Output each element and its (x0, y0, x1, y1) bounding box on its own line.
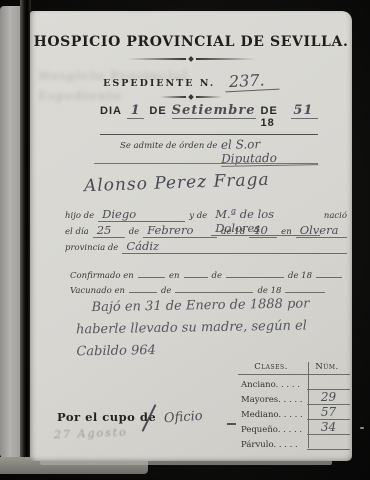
y-de-label: y de (189, 211, 207, 221)
birth-day-handwritten: 25 (93, 223, 125, 238)
birthplace-handwritten: Olvera (296, 223, 347, 238)
de18-label: DE 18 (261, 105, 287, 129)
province-line: provincia de Cádiz (65, 239, 347, 255)
confirmado-line: Confirmado en en de de 18 (70, 268, 342, 283)
divider-ornament (160, 95, 222, 99)
num-header: Núm. (304, 362, 350, 372)
expediente-label: ESPEDIENTE N. (103, 78, 215, 89)
inmate-name-handwritten: Alonso Perez Fraga (84, 170, 270, 196)
biography-block: hijo de Diego y de M.ª de los Dolores na… (65, 207, 347, 255)
underlying-page-edge (0, 6, 22, 458)
discharge-note-handwritten: Bajó en 31 de Enero de 1888 por haberle … (75, 293, 352, 364)
class-label: Anciano. . . . . (238, 380, 307, 390)
page-title: HOSPICIO PROVINCIAL DE SEVILLA. (30, 34, 352, 50)
de18-label: de 18 (288, 271, 312, 281)
cupo-label: Por el cupo de (57, 410, 156, 424)
table-row: Anciano. . . . . (238, 375, 350, 390)
blank-fill-line (316, 268, 342, 278)
de-label: de (212, 271, 222, 281)
class-label: Párvulo. . . . . (238, 440, 307, 450)
confirmado-label: Confirmado en (70, 271, 134, 281)
de-label: de (161, 286, 171, 296)
dia-label: DIA (100, 105, 122, 117)
province-handwritten: Cádiz (122, 239, 347, 254)
year-handwritten: 51 (291, 103, 318, 119)
form-page: Hospicio Provincial Espediente HOSPICIO … (30, 11, 352, 461)
cupo-row: Por el cupo de Oficio (57, 410, 203, 425)
hijo-de-label: hijo de (65, 211, 94, 221)
nacio-label: nació (324, 211, 347, 221)
classes-table: Clases. Núm. Anciano. . . . . Mayores. .… (238, 362, 350, 450)
father-handwritten: Diego (98, 207, 185, 222)
month-handwritten: Setiembre (172, 103, 256, 119)
blank-fill-line (285, 283, 325, 293)
en-label: en (281, 227, 292, 237)
table-row: Pequeño. . . . . 34 (238, 420, 350, 435)
blank-fill-line (175, 283, 253, 293)
birthdate-line: el día 25 de Febrero de 18 40 en Olvera (65, 223, 347, 239)
table-column-divider (308, 362, 309, 448)
class-count-handwritten (307, 435, 350, 450)
birth-month-handwritten: Febrero (143, 223, 217, 238)
note-line: Cabildo 964 (76, 337, 352, 364)
class-label: Mediano. . . . . (238, 410, 307, 420)
de-label: DE (149, 105, 166, 117)
table-row: Mediano. . . . . 57 (238, 405, 350, 420)
provincia-label: provincia de (65, 243, 118, 253)
parents-line: hijo de Diego y de M.ª de los Dolores na… (65, 207, 347, 223)
expediente-row: ESPEDIENTE N. 237. (30, 71, 352, 91)
date-row: DIA 1 DE Setiembre DE 18 51 (100, 103, 318, 135)
class-count-handwritten: 57 (307, 405, 350, 420)
en-label: en (169, 271, 180, 281)
blank-fill-line (94, 163, 318, 164)
de-label: de (129, 227, 139, 237)
expediente-number-handwritten: 237. (225, 70, 280, 93)
margin-dash-mark (227, 423, 236, 425)
blank-fill-line (129, 283, 157, 293)
vacunado-label: Vacunado en (70, 286, 125, 296)
blank-fill-line (138, 268, 165, 278)
faint-handwriting: 27 Agosto (54, 426, 128, 442)
blank-fill-line (184, 268, 208, 278)
bleedthrough-smudge: Espediente (38, 89, 122, 103)
class-count-handwritten (307, 375, 350, 390)
table-row: Párvulo. . . . . (238, 435, 350, 450)
admission-label: Se admite de órden de (120, 141, 217, 151)
table-row: Mayores. . . . . 29 (238, 390, 350, 405)
el-dia-label: el día (65, 227, 89, 237)
day-handwritten: 1 (127, 103, 144, 119)
divider-ornament (127, 57, 255, 61)
class-count-handwritten: 34 (307, 420, 350, 435)
cupo-handwritten: Oficio (164, 409, 204, 427)
clases-header: Clases. (238, 362, 304, 372)
admission-row: Se admite de órden de el S.or Diputado (120, 137, 318, 166)
de18-label: de 18 (221, 227, 245, 237)
blank-fill-line (226, 268, 284, 278)
birth-year-handwritten: 40 (249, 223, 277, 238)
class-count-handwritten: 29 (307, 390, 350, 405)
table-header-row: Clases. Núm. (238, 362, 350, 375)
class-label: Mayores. . . . . (238, 395, 307, 405)
stray-ink-mark (360, 427, 364, 429)
scanned-book-photo: Hospicio Provincial Espediente HOSPICIO … (0, 0, 370, 480)
class-label: Pequeño. . . . . (238, 425, 307, 435)
